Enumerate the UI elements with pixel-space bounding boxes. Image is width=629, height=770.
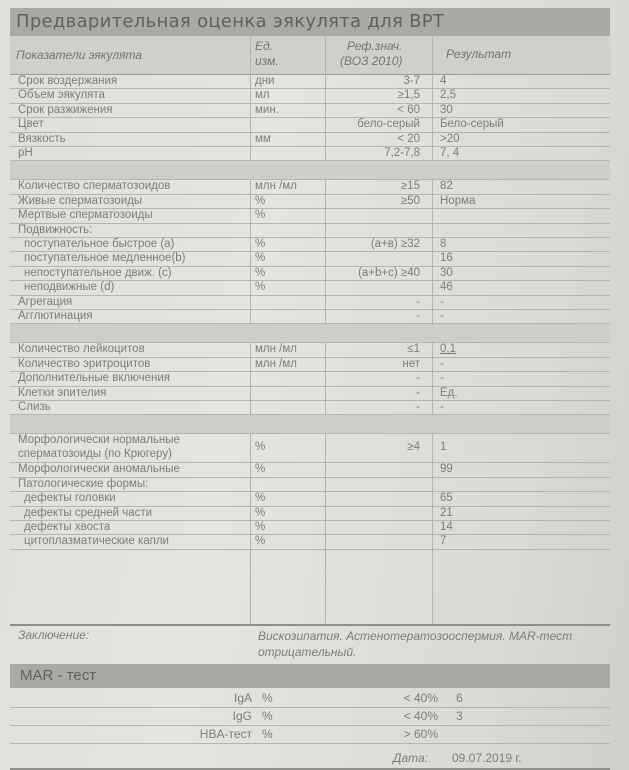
header-result: Результат [446, 48, 511, 61]
table-row: Клетки эпителия-Ед. [10, 387, 610, 401]
row-name: pH [18, 147, 33, 160]
header-unit-2: изм. [255, 55, 279, 68]
table-row: дефекты хвоста%14 [10, 521, 610, 535]
row-name: Морфологически нормальные [18, 434, 180, 447]
table-row: Срок воздержаниядни3-74 [10, 75, 610, 89]
row-name: Патологические формы: [18, 478, 148, 491]
row-ref: - [416, 372, 420, 385]
section-spacer [10, 415, 610, 434]
table-row: неподвижные (d)%46 [10, 281, 610, 295]
row-result: 82 [440, 180, 453, 193]
conclusion-label: Заключение: [18, 628, 89, 642]
mar-ref: < 40% [404, 708, 438, 725]
row-result: 14 [440, 521, 453, 534]
row-ref: 3-7 [403, 75, 420, 88]
row-result: 30 [440, 104, 453, 117]
mar-ref: < 40% [404, 690, 438, 707]
row-unit: % [255, 441, 265, 454]
table-row: Количество лейкоцитовмлн /мл≤10,1 [10, 343, 610, 357]
table-row: Количество сперматозоидовмлн /мл≥1582 [10, 180, 610, 194]
row-result: Ед. [440, 387, 458, 400]
row-name: Мертвые сперматозоиды [18, 209, 153, 222]
row-unit: млн /мл [255, 180, 297, 193]
row-ref: - [416, 401, 420, 414]
mar-name: HBA-тест [200, 726, 252, 743]
header-unit-1: Ед. [255, 40, 273, 53]
row-unit: % [255, 463, 265, 476]
date-value: 09.07.2019 г. [452, 748, 522, 768]
mar-test-title: MAR - тест [10, 664, 610, 688]
row-unit: % [255, 252, 265, 265]
row-result: 99 [440, 463, 453, 476]
table-row: Слизь-- [10, 401, 610, 415]
row-ref: бело-серый [357, 118, 420, 131]
row-result: - [440, 401, 444, 414]
row-ref: ≥50 [401, 195, 420, 208]
row-result: 8 [440, 238, 446, 251]
mar-result: 3 [456, 708, 463, 725]
row-ref: ≥15 [401, 180, 420, 193]
row-ref: - [416, 387, 420, 400]
table-row: pH7,2-7,87, 4 [10, 147, 610, 161]
table-row: Вязкостьмм< 20>20 [10, 133, 610, 147]
row-result: - [440, 310, 444, 323]
mar-row: IgA%< 40%6 [10, 690, 610, 708]
table-row: Живые сперматозоиды%≥50Норма [10, 195, 610, 209]
row-name: Объем эякулята [18, 89, 105, 102]
row-result: Бело-серый [440, 118, 504, 131]
table-row: Количество эритроцитовмлн /млнет- [10, 358, 610, 372]
row-unit: мл [255, 89, 270, 102]
row-name: дефекты средней части [24, 507, 152, 520]
row-name: дефекты хвоста [24, 521, 110, 534]
table-row: Объем эякулятамл≥1,52,5 [10, 89, 610, 103]
table-row: поступательное медленное(b)%16 [10, 252, 610, 266]
row-name: Срок воздержания [18, 75, 117, 88]
row-name: Клетки эпителия [18, 387, 106, 400]
row-unit: % [255, 535, 265, 548]
row-name: непоступательное движ. (c) [24, 267, 172, 280]
table-row: Дополнительные включения-- [10, 372, 610, 386]
section-spacer [10, 324, 610, 343]
row-ref: 7,2-7,8 [384, 147, 420, 160]
table-row: Морфологически аномальные%99 [10, 463, 610, 477]
table-row: Агрегация-- [10, 296, 610, 310]
row-name-line2: сперматозоиды (по Крюгеру) [18, 448, 172, 461]
row-name: Подвижность: [18, 224, 92, 237]
date-row: Дата: 09.07.2019 г. [10, 748, 610, 770]
mar-result: 6 [456, 690, 463, 707]
row-name: поступательное быстрое (a) [24, 238, 174, 251]
row-ref: - [416, 310, 420, 323]
row-name: цитоплазматические капли [24, 535, 169, 548]
row-ref: (a+в) ≥32 [371, 238, 420, 251]
row-name: Срок разжижения [18, 104, 112, 117]
table-row: Подвижность: [10, 224, 610, 238]
row-name: Вязкость [18, 133, 66, 146]
header-ref-1: Реф.знач. [347, 40, 402, 53]
mar-name: IgA [234, 690, 252, 707]
table-header: Показатели эякулята Ед. изм. Реф.знач. (… [10, 36, 610, 75]
mar-row: HBA-тест%> 60% [10, 726, 610, 744]
table-row: дефекты головки%65 [10, 492, 610, 506]
row-result: Норма [440, 195, 475, 208]
conclusion-text: Вискозипатия. Астенотератозооспермия. MA… [258, 628, 603, 660]
row-result: 7, 4 [440, 147, 459, 160]
row-result: 65 [440, 492, 453, 505]
row-ref: ≤1 [407, 343, 420, 356]
row-name: Живые сперматозоиды [18, 195, 142, 208]
row-result: 4 [440, 75, 446, 88]
mar-row: IgG%< 40%3 [10, 708, 610, 726]
row-result: - [440, 372, 444, 385]
row-ref: ≥1,5 [398, 89, 420, 102]
row-unit: млн /мл [255, 343, 297, 356]
row-result: 7 [440, 535, 446, 548]
table-row: непоступательное движ. (c)%(a+b+c) ≥4030 [10, 267, 610, 281]
row-unit: % [255, 521, 265, 534]
report-title: Предварительная оценка эякулята для ВРТ [10, 8, 610, 36]
table-row: цитоплазматические капли%7 [10, 535, 610, 549]
row-ref: < 20 [397, 133, 420, 146]
conclusion: Заключение: Вискозипатия. Астенотератозо… [10, 624, 610, 666]
row-ref: нет [402, 358, 420, 371]
row-name: неподвижные (d) [24, 281, 114, 294]
header-name: Показатели эякулята [16, 49, 142, 62]
row-name: Количество эритроцитов [18, 358, 150, 371]
row-unit: % [255, 492, 265, 505]
mar-ref: > 60% [404, 726, 438, 743]
row-name: Цвет [18, 118, 44, 131]
table-row: Мертвые сперматозоиды% [10, 209, 610, 223]
mar-name: IgG [233, 708, 252, 725]
row-unit: % [255, 267, 265, 280]
table-row: дефекты средней части%21 [10, 507, 610, 521]
row-unit: % [255, 281, 265, 294]
row-unit: % [255, 195, 265, 208]
mar-unit: % [262, 726, 273, 743]
row-name: Морфологически аномальные [18, 463, 180, 476]
row-result: 21 [440, 507, 453, 520]
row-ref: (a+b+c) ≥40 [358, 267, 420, 280]
table-row: Цветбело-серыйБело-серый [10, 118, 610, 132]
row-ref: ≥4 [407, 441, 420, 454]
row-result: 2,5 [440, 89, 456, 102]
table-row: Срок разжижениямин.< 6030 [10, 104, 610, 118]
row-result: 0,1 [440, 343, 456, 356]
row-unit: % [255, 507, 265, 520]
table-row: поступательное быстрое (a)%(a+в) ≥328 [10, 238, 610, 252]
row-name: поступательное медленное(b) [24, 252, 186, 265]
mar-unit: % [262, 690, 273, 707]
row-name: Дополнительные включения [18, 372, 170, 385]
row-name: Агглютинация [18, 310, 93, 323]
row-ref: - [416, 296, 420, 309]
mar-unit: % [262, 708, 273, 725]
row-result: 46 [440, 281, 453, 294]
row-result: 16 [440, 252, 453, 265]
row-unit: млн /мл [255, 358, 297, 371]
header-ref-2: (ВОЗ 2010) [340, 55, 402, 68]
row-result: - [440, 358, 444, 371]
table-row: Агглютинация-- [10, 310, 610, 324]
row-unit: дни [255, 75, 275, 88]
row-unit: % [255, 209, 265, 222]
row-result: 30 [440, 267, 453, 280]
row-name: дефекты головки [24, 492, 116, 505]
row-unit: мм [255, 133, 271, 146]
row-result: 1 [440, 441, 446, 454]
row-unit: % [255, 238, 265, 251]
row-unit: мин. [255, 104, 279, 117]
row-result: >20 [440, 133, 460, 146]
table-row: Морфологически нормальные%≥41сперматозои… [10, 434, 610, 463]
date-label: Дата: [393, 748, 428, 768]
table-row: Патологические формы: [10, 478, 610, 492]
row-result: - [440, 296, 444, 309]
row-ref: < 60 [397, 104, 420, 117]
section-spacer [10, 161, 610, 180]
row-name: Агрегация [18, 296, 72, 309]
row-name: Количество сперматозоидов [18, 180, 170, 193]
row-name: Слизь [18, 401, 51, 414]
row-name: Количество лейкоцитов [18, 343, 145, 356]
